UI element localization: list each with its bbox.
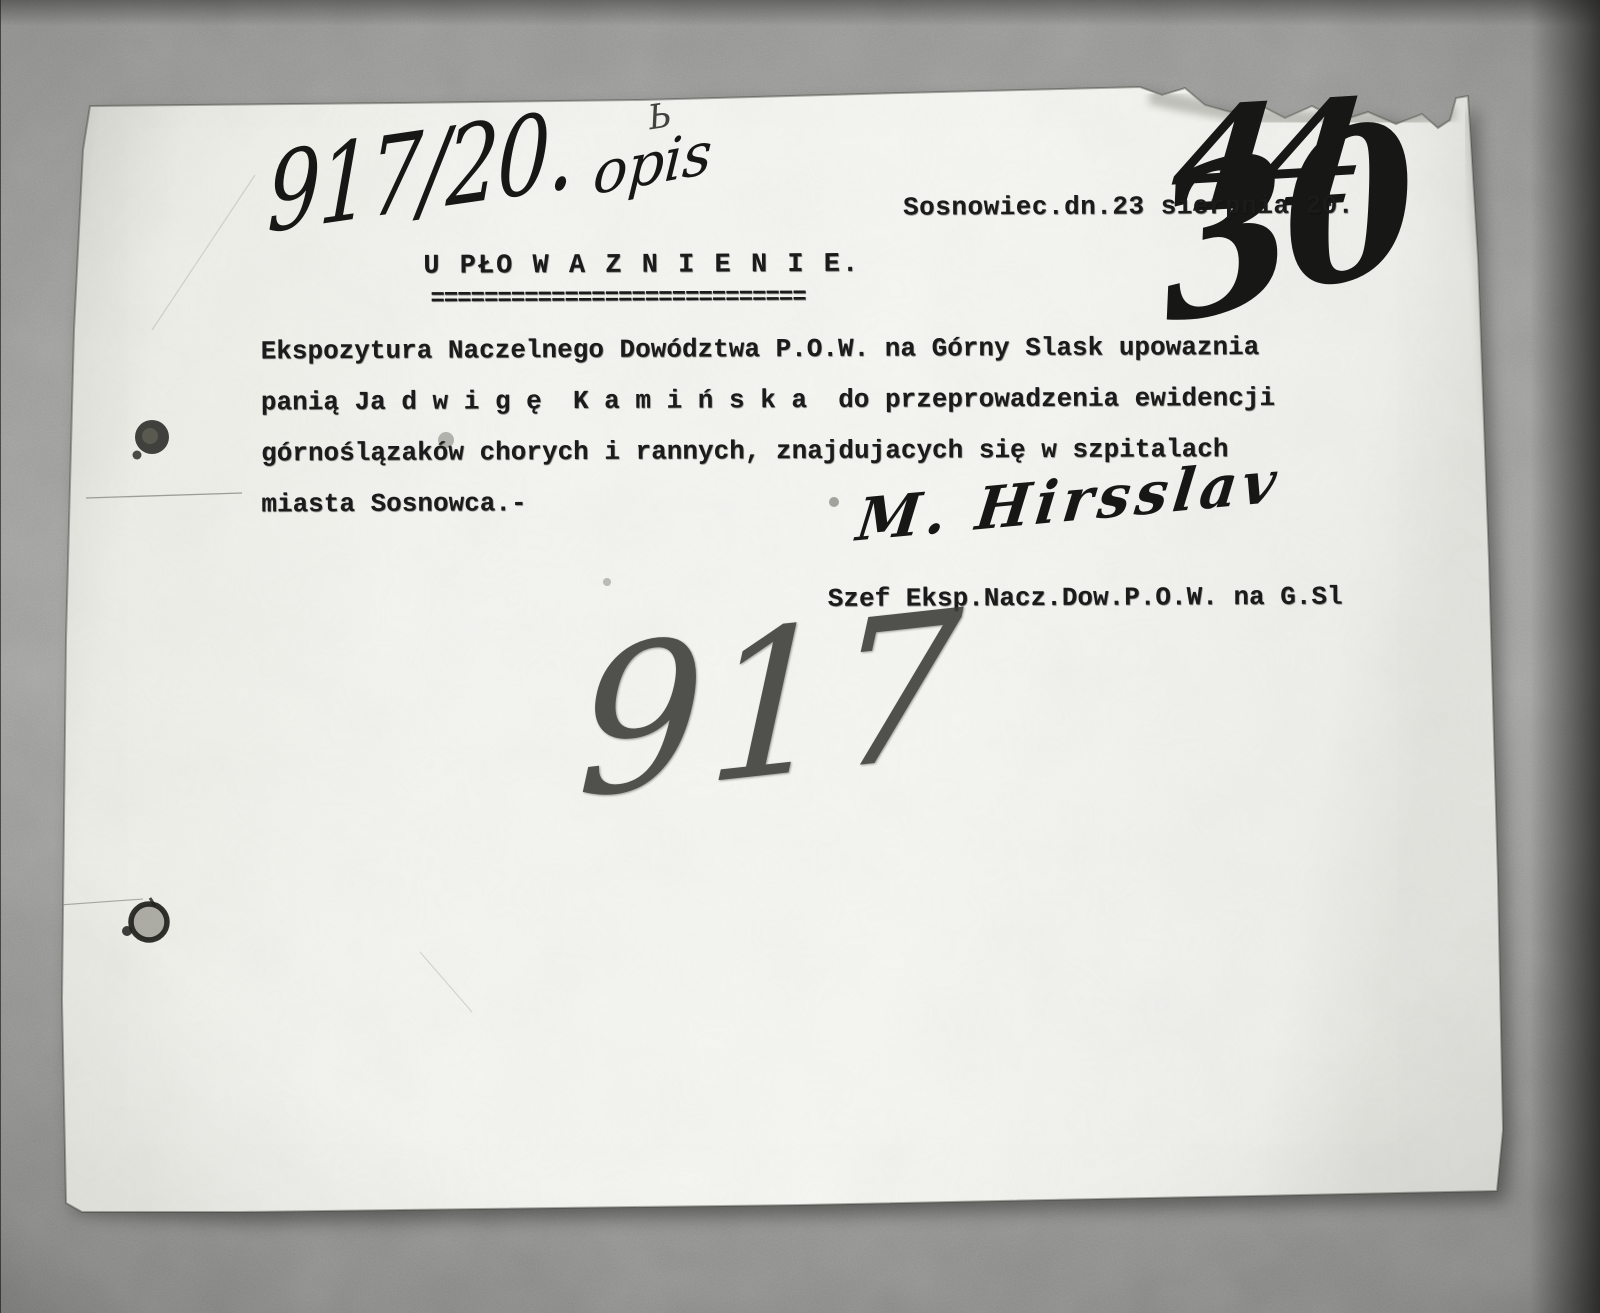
ref-number-annotation: 917/20.: [266, 86, 575, 258]
body-line: górnoślązaków chorych i rannych, znajduj…: [261, 434, 1228, 468]
title-underline: ============================: [430, 284, 805, 313]
document-title: U PŁO W A Z N I E N I E.: [423, 250, 860, 282]
date-line: Sosnowiec.dn.23 sierpnia 20.: [903, 191, 1354, 223]
scanned-document-photo: 917/20. opis Ь 44 30 Sosnowiec.dn.23 sie…: [0, 0, 1600, 1313]
document-text-layer: 917/20. opis Ь 44 30 Sosnowiec.dn.23 sie…: [0, 0, 1600, 1313]
body-line: miasta Sosnowca.-: [261, 488, 526, 519]
body-line: panią Ja d w i g ę K a m i ń s k a do pr…: [261, 383, 1275, 417]
body-line: Ekspozytura Naczelnego Dowództwa P.O.W. …: [261, 332, 1260, 366]
corner-mark: Ь: [646, 95, 674, 138]
big-number-annotation: 917: [575, 567, 968, 844]
